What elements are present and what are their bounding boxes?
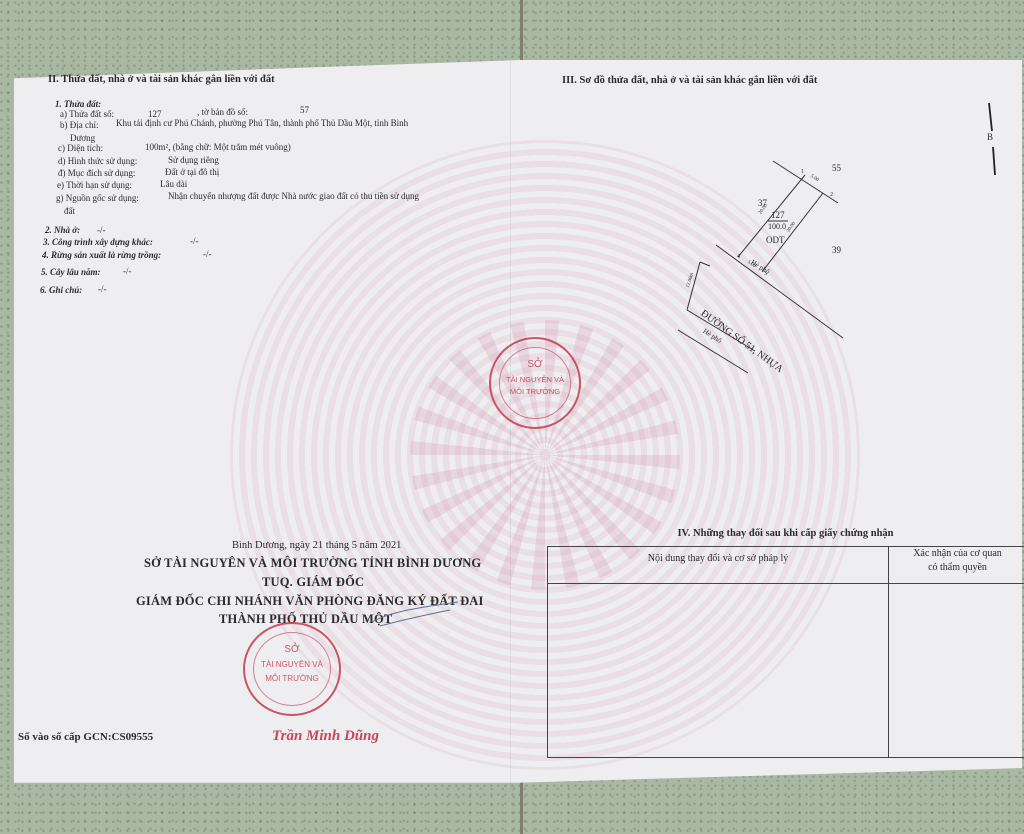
vertex-2: 2 bbox=[830, 192, 833, 198]
item-perennial-label: 5. Cây lâu năm: bbox=[41, 267, 101, 277]
column-header-changes: Nội dung thay đổi và cơ sở pháp lý bbox=[548, 553, 888, 564]
sign-line1: SỞ TÀI NGUYÊN VÀ MÔI TRƯỜNG TỈNH BÌNH DƯ… bbox=[144, 556, 481, 571]
center-stamp-line2: TÀI NGUYÊN VÀ bbox=[491, 375, 579, 384]
register-number: Số vào số cấp GCN:CS09555 bbox=[18, 731, 153, 743]
signature-stamp-line3: MÔI TRƯỜNG bbox=[245, 674, 339, 683]
vertex-1: 1 bbox=[801, 169, 804, 175]
item-construction-label: 3. Công trình xây dựng khác: bbox=[43, 237, 153, 247]
header-divider bbox=[548, 583, 1024, 584]
signature-stamp-line1: SỞ bbox=[245, 644, 339, 655]
area-label: c) Diện tích: bbox=[58, 143, 103, 153]
section3-heading: III. Sơ đồ thửa đất, nhà ở và tài sản kh… bbox=[562, 75, 817, 86]
use-form-label: d) Hình thức sử dụng: bbox=[58, 156, 137, 166]
page-fold bbox=[510, 60, 511, 790]
signer-name: Trần Minh Dũng bbox=[272, 728, 379, 745]
place-date: Bình Dương, ngày 21 tháng 5 năm 2021 bbox=[232, 540, 401, 551]
signature-stamp-line2: TÀI NGUYÊN VÀ bbox=[245, 660, 339, 669]
changes-grid: Nội dung thay đổi và cơ sở pháp lý Xác n… bbox=[547, 546, 1024, 758]
term-label: e) Thời hạn sử dụng: bbox=[57, 180, 132, 190]
signature-scribble-icon bbox=[370, 600, 460, 630]
item-notes-value: -/- bbox=[98, 284, 107, 294]
column-header-confirmation-line2: có thẩm quyền bbox=[890, 561, 1024, 575]
map-sheet: 57 bbox=[300, 105, 309, 115]
area-value: 100m², (bằng chữ: Một trăm mét vuông) bbox=[145, 142, 291, 152]
center-stamp-line3: MÔI TRƯỜNG bbox=[491, 387, 579, 396]
item1-label: 1. Thửa đất: bbox=[55, 99, 101, 109]
vertex-4: 4 bbox=[737, 254, 740, 260]
parcel-no-label: a) Thửa đất số: bbox=[60, 109, 114, 119]
parcel-number: 127 bbox=[771, 210, 785, 220]
changes-table: IV. Những thay đổi sau khi cấp giấy chứn… bbox=[547, 528, 1024, 758]
section4-heading: IV. Những thay đổi sau khi cấp giấy chứn… bbox=[547, 528, 1024, 548]
neighbor-right: 39 bbox=[832, 245, 841, 255]
parcel-diagram: 55 37 39 1 2 3 4 5.00 5.00 20.00 20.00 1… bbox=[660, 150, 880, 400]
address-label: b) Địa chỉ: bbox=[60, 120, 99, 130]
item-notes-label: 6. Ghi chú: bbox=[40, 285, 82, 295]
neighbor-top: 55 bbox=[832, 163, 841, 173]
center-stamp: SỞ TÀI NGUYÊN VÀ MÔI TRƯỜNG bbox=[489, 337, 581, 429]
map-sheet-label: , tờ bản đồ số: bbox=[197, 107, 248, 117]
purpose: Đất ở tại đô thị bbox=[165, 167, 219, 177]
origin-label: g) Nguồn gốc sử dụng: bbox=[56, 193, 139, 203]
item-house-label: 2. Nhà ở: bbox=[45, 225, 80, 235]
column-header-confirmation-line1: Xác nhận của cơ quan bbox=[890, 547, 1024, 561]
north-label: B bbox=[987, 132, 993, 142]
signature-stamp: SỞ TÀI NGUYÊN VÀ MÔI TRƯỜNG bbox=[243, 622, 341, 716]
column-header-confirmation: Xác nhận của cơ quan có thẩm quyền bbox=[890, 547, 1024, 575]
origin-line1: Nhận chuyển nhượng đất được Nhà nước gia… bbox=[168, 191, 419, 201]
address-line1: Khu tái định cư Phú Chánh, phường Phú Tâ… bbox=[116, 118, 408, 128]
item-forest-label: 4. Rừng sản xuất là rừng trồng: bbox=[42, 250, 161, 260]
land-code: ODT bbox=[766, 235, 785, 245]
term: Lâu dài bbox=[160, 179, 187, 189]
section2-heading: II. Thửa đất, nhà ở và tài sản khác gắn … bbox=[48, 74, 275, 85]
origin-line2: đất bbox=[64, 206, 75, 216]
address-line2: Dương bbox=[70, 133, 95, 143]
item-perennial-value: -/- bbox=[123, 266, 132, 276]
sign-line2: TUQ. GIÁM ĐỐC bbox=[262, 575, 364, 590]
center-stamp-line1: SỞ bbox=[491, 359, 579, 370]
item-forest-value: -/- bbox=[203, 249, 212, 259]
use-form: Sử dụng riêng bbox=[168, 155, 219, 165]
parcel-area: 100.0 bbox=[768, 222, 786, 231]
column-divider bbox=[888, 547, 889, 757]
item-house-value: -/- bbox=[97, 225, 106, 235]
purpose-label: đ) Mục đích sử dụng: bbox=[58, 168, 135, 178]
item-construction-value: -/- bbox=[190, 236, 199, 246]
north-arrow: B bbox=[985, 95, 999, 180]
